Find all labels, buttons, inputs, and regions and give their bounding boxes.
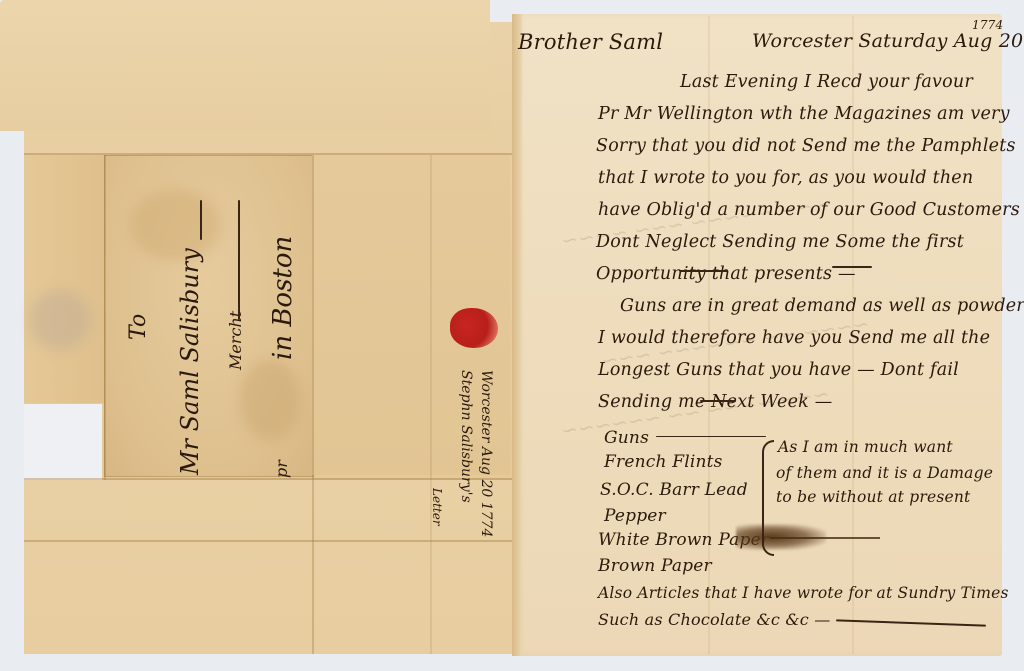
line-flourish xyxy=(832,266,872,268)
docket-label: Letter xyxy=(430,488,444,526)
left-flap xyxy=(24,155,104,403)
strikethrough xyxy=(770,537,880,539)
address-name: Mr Saml Salisbury xyxy=(176,248,204,475)
address-title: Mercht xyxy=(226,311,245,370)
bracket-note-line: to be without at present xyxy=(776,488,970,506)
address-city: in Boston xyxy=(268,236,298,360)
list-item: Pepper xyxy=(604,506,666,526)
list-item: S.O.C. Barr Lead xyxy=(600,480,748,500)
list-bracket xyxy=(762,440,774,556)
list-heading: Guns xyxy=(604,428,649,448)
fold-line xyxy=(104,155,106,480)
letter-line: Guns are in great demand as well as powd… xyxy=(620,296,1024,316)
line-flourish xyxy=(680,270,728,272)
address-flourish xyxy=(200,200,202,240)
letter-line: that I wrote to you for, as you would th… xyxy=(598,168,973,188)
letter-line: Longest Guns that you have — Dont fail xyxy=(598,360,959,380)
letter-line: Sending me Next Week — xyxy=(598,392,832,412)
address-rule xyxy=(238,200,240,320)
letter-line: Dont Neglect Sending me Some the first xyxy=(596,232,964,252)
fold-line xyxy=(24,153,512,155)
bracket-note-line: of them and it is a Damage xyxy=(776,464,993,482)
list-rule xyxy=(656,436,766,437)
bracket-note-line: As I am in much want xyxy=(778,438,953,456)
docket-date: Worcester Aug 20 1774 xyxy=(478,370,494,537)
torn-corner xyxy=(24,404,102,480)
foxing-stain xyxy=(240,360,300,440)
address-per: pr xyxy=(272,460,291,478)
line-flourish xyxy=(700,400,736,402)
closing-line: Also Articles that I have wrote for at S… xyxy=(598,584,1009,602)
fold-line xyxy=(24,478,512,480)
closing-line: Such as Chocolate &c &c — xyxy=(598,610,830,629)
fold-line xyxy=(24,540,512,542)
list-item: Brown Paper xyxy=(598,556,712,576)
letter-line: Sorry that you did not Send me the Pamph… xyxy=(596,136,1016,156)
letter-line: have Oblig'd a number of our Good Custom… xyxy=(598,200,1020,220)
letter-line: Pr Mr Wellington wth the Magazines am ve… xyxy=(598,104,1010,124)
letter-line: Last Evening I Recd your favour xyxy=(680,72,973,92)
water-stain xyxy=(30,290,90,350)
letter-line: I would therefore have you Send me all t… xyxy=(598,328,990,348)
center-fold xyxy=(512,14,522,656)
wax-seal xyxy=(450,308,498,348)
top-flap xyxy=(0,0,490,131)
address-to: To xyxy=(126,314,151,340)
document-scan: To Mr Saml Salisbury Mercht in Boston pr… xyxy=(0,0,1024,671)
letter-line: Opportunity that presents — xyxy=(596,264,856,284)
foxing-stain xyxy=(130,190,220,260)
salutation: Brother Saml xyxy=(518,30,663,54)
dateline: Worcester Saturday Aug 20 xyxy=(752,30,1023,52)
docket-name: Stephn Salisbury's xyxy=(458,370,474,503)
list-item: French Flints xyxy=(604,452,723,472)
fold-line xyxy=(430,155,432,654)
fold-line xyxy=(312,155,314,654)
